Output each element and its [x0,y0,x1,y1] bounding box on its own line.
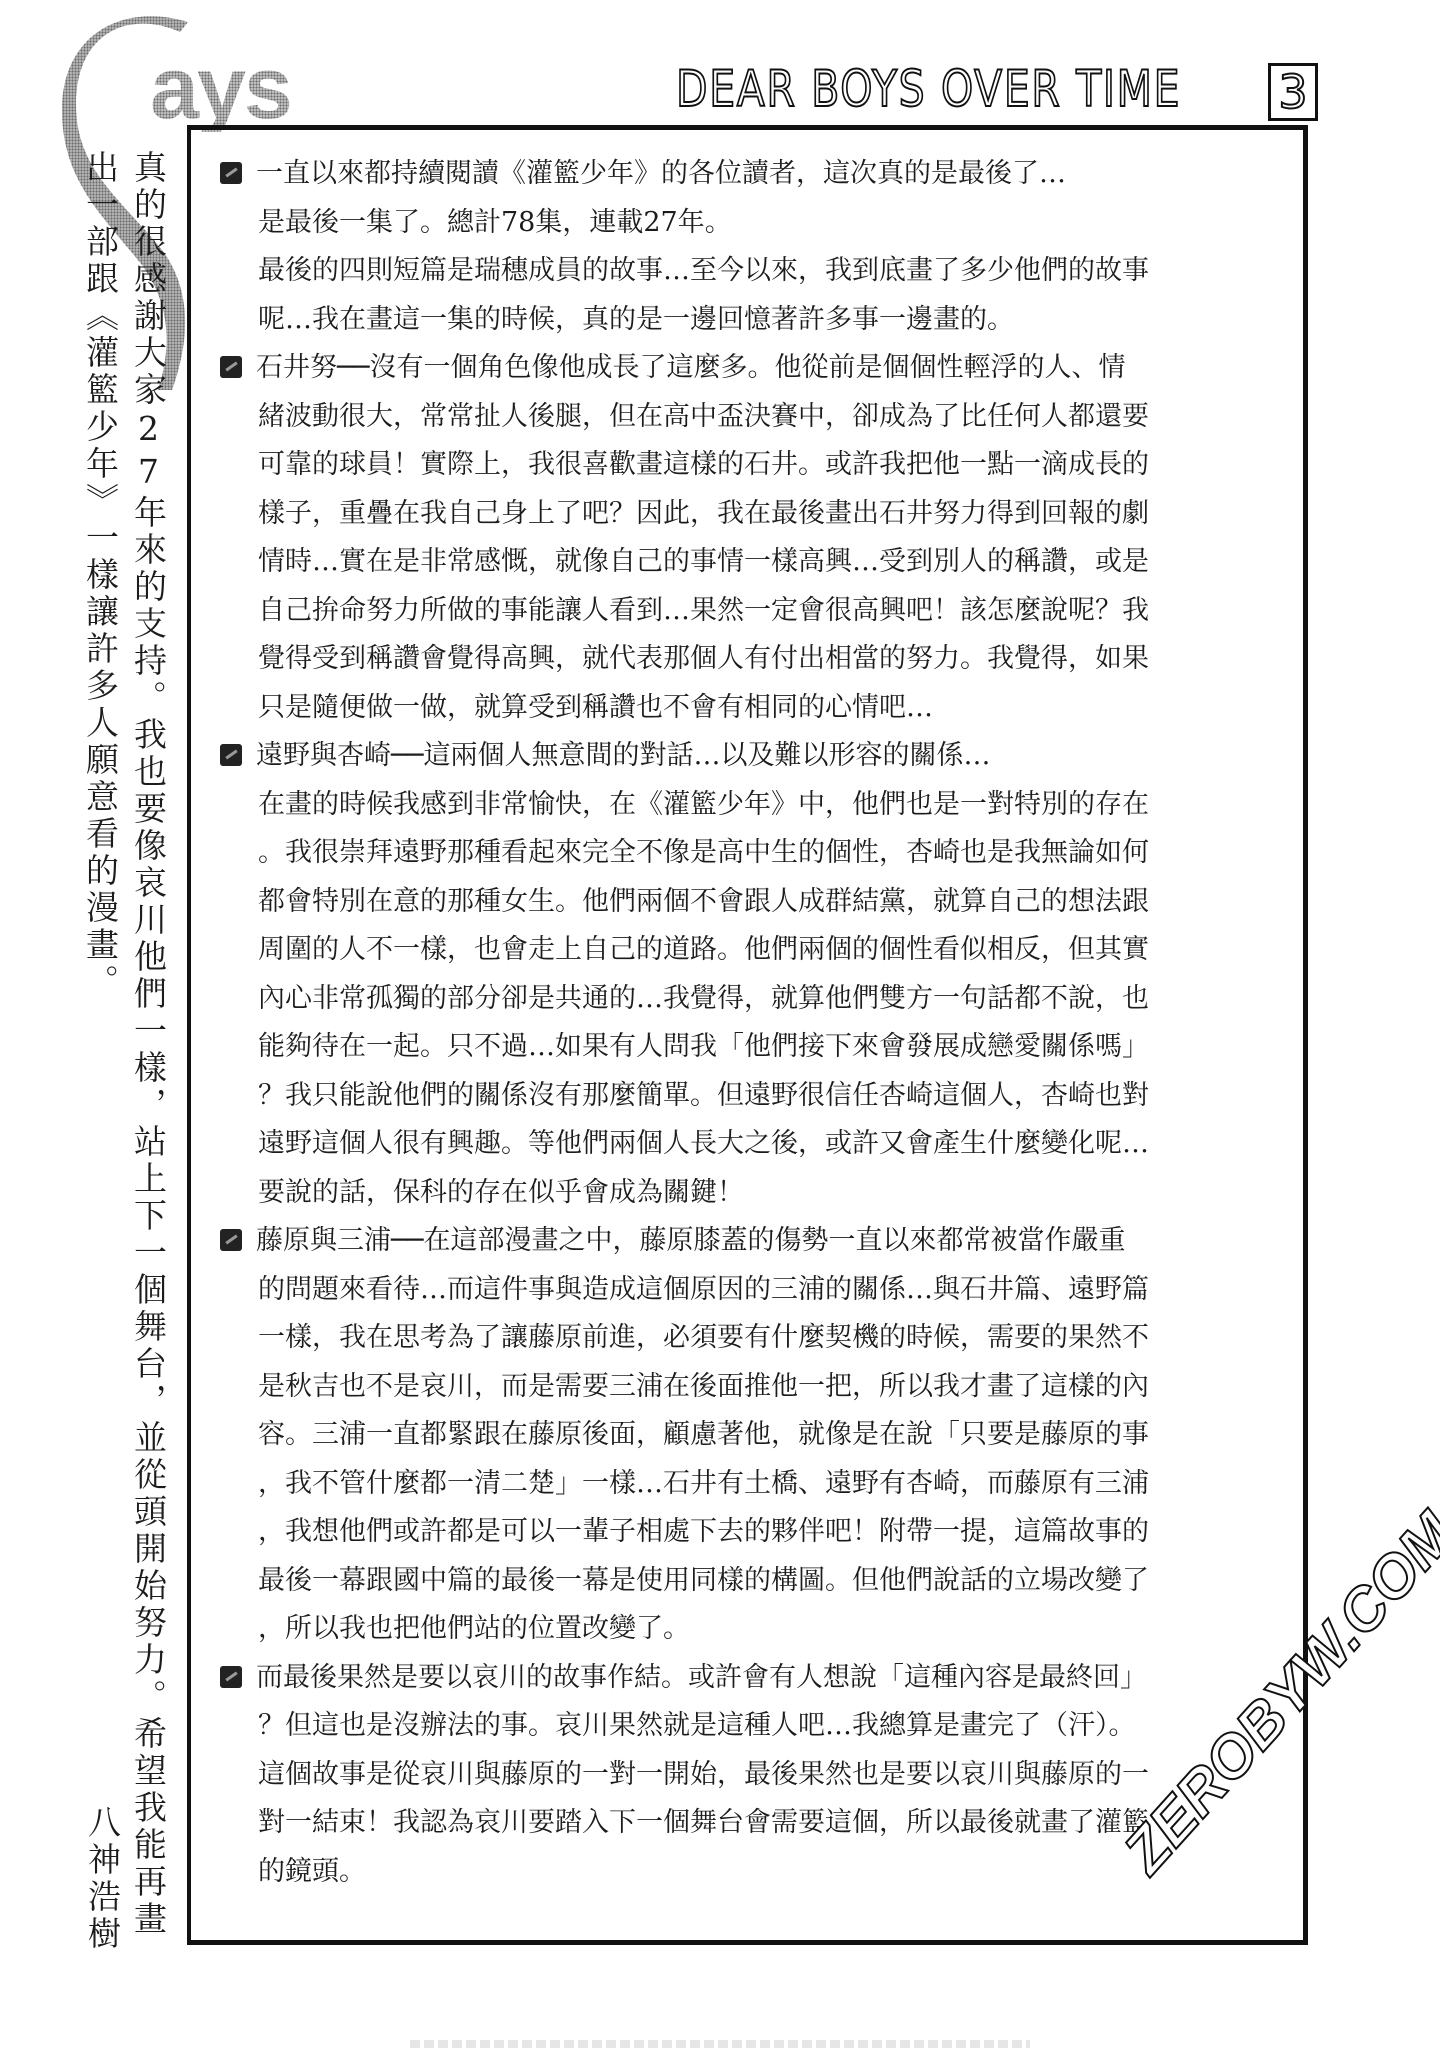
text-line: 呢…我在畫這一集的時候，真的是一邊回憶著許多事一邊畫的。 [220,296,1310,345]
text-line: 遠野這個人很有興趣。等他們兩個人長大之後，或許又會產生什麼變化呢… [220,1120,1310,1169]
text-line: 緒波動很大，常常扯人後腿，但在高中盃決賽中，卻成為了比任何人都還要 [220,393,1310,442]
text-line: 最後的四則短篇是瑞穗成員的故事…至今以來，我到底畫了多少他們的故事 [220,247,1310,296]
text-line: 自己拚命努力所做的事能讓人看到…果然一定會很高興吧！該怎麼說呢？我 [220,587,1310,636]
bullet-icon [220,744,242,766]
text-line: ？但這也是沒辦法的事。哀川果然就是這種人吧…我總算是畫完了（汗）。 [220,1702,1310,1751]
text-line: 情時…實在是非常感慨，就像自己的事情一樣高興…受到別人的稱讚，或是 [220,538,1310,587]
bullet-icon [220,1666,242,1688]
text-line: 內心非常孤獨的部分卻是共通的…我覺得，就算他們雙方一句話都不說，也 [220,975,1310,1024]
author-signature: 八神浩樹 [86,1805,119,1953]
text-line: 遠野與杏崎──這兩個人無意間的對話…以及難以形容的關係… [220,732,1310,781]
text-line: 樣子，重疊在我自己身上了吧？因此，我在最後畫出石井努力得到回報的劇 [220,490,1310,539]
text-line: 是秋吉也不是哀川，而是需要三浦在後面推他一把，所以我才畫了這樣的內 [220,1363,1310,1412]
series-title: DEAR BOYS OVER TIME [676,64,1181,114]
section-fujiwara-miura: 藤原與三浦──在這部漫畫之中，藤原膝蓋的傷勢一直以來都常被當作嚴重 的問題來看待… [220,1217,1310,1654]
text-line: 最後一幕跟國中篇的最後一幕是使用同樣的構圖。但他們說話的立場改變了 [220,1557,1310,1606]
bullet-icon [220,1229,242,1251]
bullet-icon [220,162,242,184]
footer-bleed-through [410,2040,1030,2048]
text-line: 一樣，我在思考為了讓藤原前進，必須要有什麼契機的時候，需要的果然不 [220,1314,1310,1363]
text-line: 的問題來看待…而這件事與造成這個原因的三浦的關係…與石井篇、遠野篇 [220,1266,1310,1315]
text-line: 而最後果然是要以哀川的故事作結。或許會有人想說「這種內容是最終回」 [220,1654,1310,1703]
text-line: 覺得受到稱讚會覺得高興，就代表那個人有付出相當的努力。我覺得，如果 [220,635,1310,684]
text-line: 在畫的時候我感到非常愉快，在《灌籃少年》中，他們也是一對特別的存在 [220,781,1310,830]
section-intro: 一直以來都持續閱讀《灌籃少年》的各位讀者，這次真的是最後了… 是最後一集了。總計… [220,150,1310,344]
text-line: 要說的話，保科的存在似乎會成為關鍵！ [220,1169,1310,1218]
section-tono-kyozaki: 遠野與杏崎──這兩個人無意間的對話…以及難以形容的關係… 在畫的時候我感到非常愉… [220,732,1310,1217]
text-line: 一直以來都持續閱讀《灌籃少年》的各位讀者，這次真的是最後了… [220,150,1310,199]
text-line: 只是隨便做一做，就算受到稱讚也不會有相同的心情吧… [220,684,1310,733]
volume-number-badge: 3 [1268,63,1318,121]
afterword-vertical-column-2: 出一部跟《灌籃少年》一樣讓許多人願意看的漫畫。 [84,150,117,1001]
text-line: 。我很崇拜遠野那種看起來完全不像是高中生的個性，杏崎也是我無論如何 [220,829,1310,878]
bullet-icon [220,356,242,378]
author-notes-body: 一直以來都持續閱讀《灌籃少年》的各位讀者，這次真的是最後了… 是最後一集了。總計… [220,150,1310,1896]
text-line: 容。三浦一直都緊跟在藤原後面，顧慮著他，就像是在說「只要是藤原的事 [220,1411,1310,1460]
afterword-vertical-column-1: 真的很感謝大家27年來的支持。我也要像哀川他們一樣，站上下一個舞台，並從頭開始努… [132,150,165,1938]
says-logo-text: ays [150,44,291,132]
text-line: 可靠的球員！實際上，我很喜歡畫這樣的石井。或許我把他一點一滴成長的 [220,441,1310,490]
text-line: 是最後一集了。總計78集，連載27年。 [220,199,1310,248]
text-line: ，我想他們或許都是可以一輩子相處下去的夥伴吧！附帶一提，這篇故事的 [220,1508,1310,1557]
text-line: 石井努──沒有一個角色像他成長了這麼多。他從前是個個性輕浮的人、情 [220,344,1310,393]
text-line: 這個故事是從哀川與藤原的一對一開始，最後果然也是要以哀川與藤原的一 [220,1751,1310,1800]
text-line: ，我不管什麼都一清二楚」一樣…石井有土橋、遠野有杏崎，而藤原有三浦 [220,1460,1310,1509]
text-line: 周圍的人不一樣，也會走上自己的道路。他們兩個的個性看似相反，但其實 [220,926,1310,975]
text-line: ，所以我也把他們站的位置改變了。 [220,1605,1310,1654]
text-line: 能夠待在一起。只不過…如果有人問我「他們接下來會發展成戀愛關係嗎」 [220,1023,1310,1072]
section-ishii: 石井努──沒有一個角色像他成長了這麼多。他從前是個個性輕浮的人、情 緒波動很大，… [220,344,1310,732]
text-line: 藤原與三浦──在這部漫畫之中，藤原膝蓋的傷勢一直以來都常被當作嚴重 [220,1217,1310,1266]
text-line: 都會特別在意的那種女生。他們兩個不會跟人成群結黨，就算自己的想法跟 [220,878,1310,927]
text-line: ？我只能說他們的關係沒有那麼簡單。但遠野很信任杏崎這個人，杏崎也對 [220,1072,1310,1121]
